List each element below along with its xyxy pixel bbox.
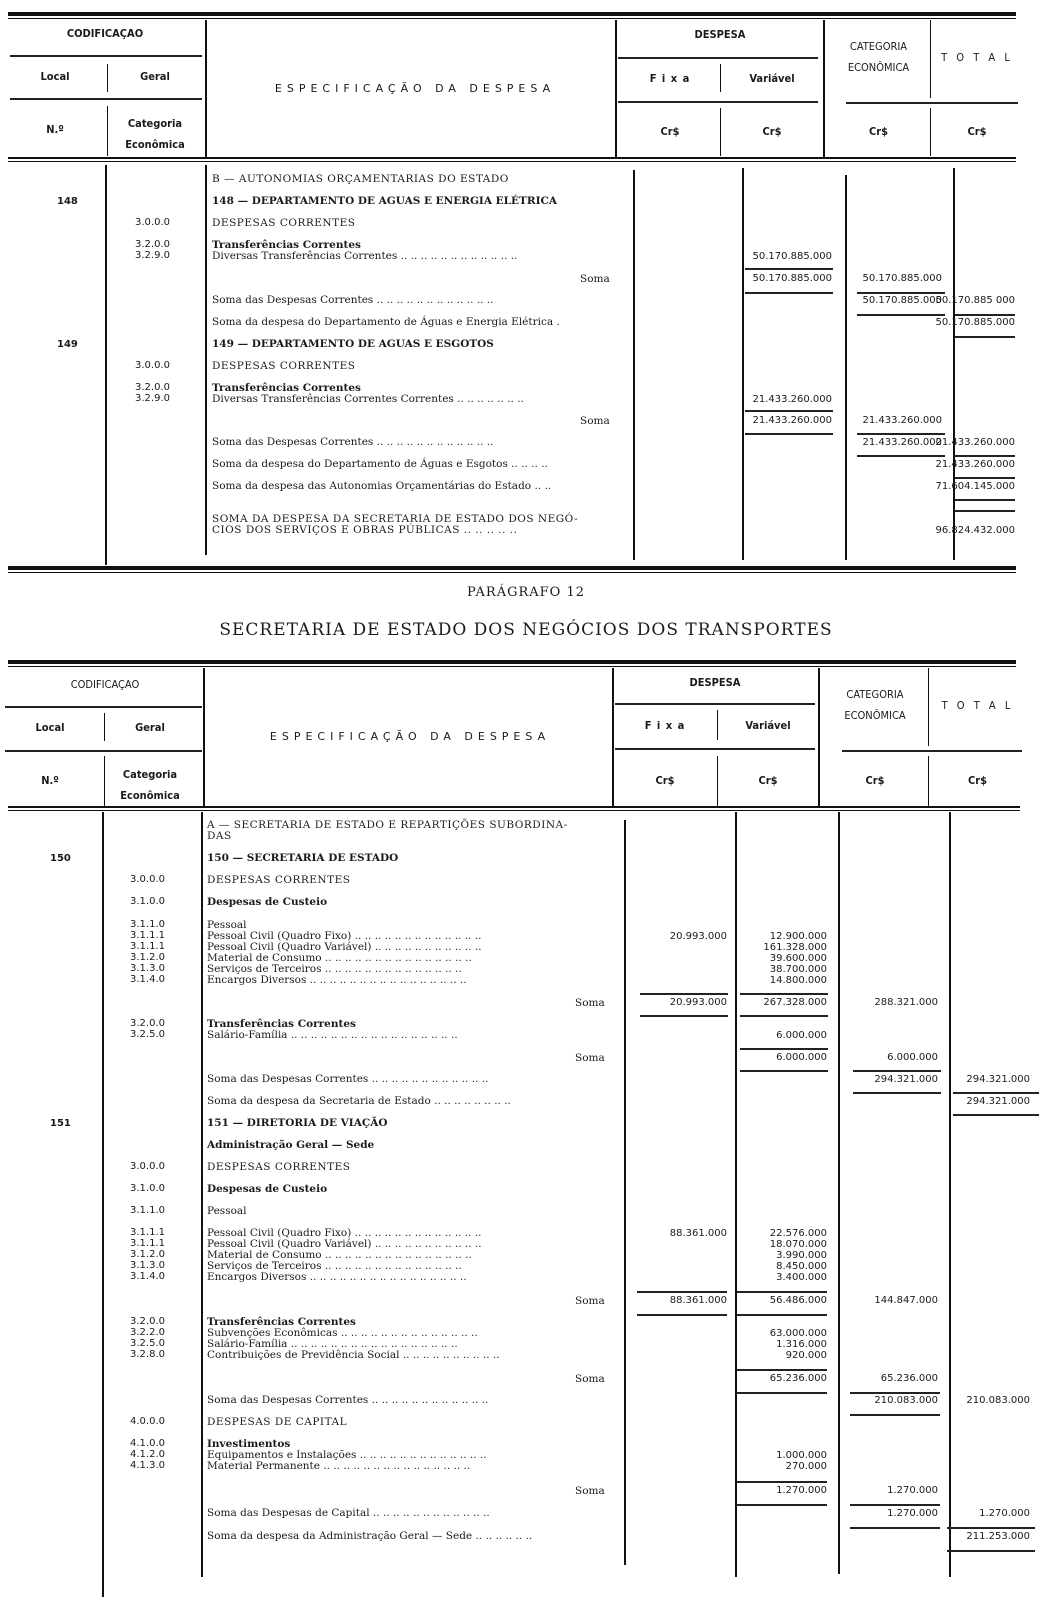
- header-variavel: Variável: [718, 719, 818, 732]
- total-value: 294.321.000: [966, 1096, 1030, 1107]
- local-number: 149: [57, 339, 78, 350]
- variavel-value: 1.270.000: [776, 1485, 827, 1496]
- line-item-description: Despesas de Custeio: [207, 1184, 327, 1195]
- divider: [104, 713, 105, 741]
- divider: [846, 102, 1018, 104]
- paragraph-label: PARÁGRAFO 12: [0, 585, 1052, 600]
- header-codificacao: CODIFICAÇAO: [30, 27, 180, 40]
- divider: [737, 1481, 827, 1483]
- header-categoria-economica: Categoria Econômica: [105, 764, 195, 806]
- total-value: 71.604.145.000: [935, 481, 1015, 492]
- header-currency-categoria: Cr$: [826, 125, 931, 138]
- header-fixa: F i x a: [615, 719, 715, 732]
- categoria-value: 1.270.000: [887, 1485, 938, 1496]
- divider: [618, 57, 818, 59]
- categoria-value: 21.433.260.000: [862, 415, 942, 426]
- soma-label: Soma: [575, 1052, 605, 1064]
- total-value: 50.170.885.000: [935, 317, 1015, 328]
- divider: [104, 756, 105, 806]
- header-local: Local: [20, 70, 90, 83]
- divider: [107, 64, 108, 92]
- divider: [745, 433, 833, 435]
- divider: [857, 292, 945, 294]
- divider: [857, 314, 945, 316]
- variavel-value: 6.000.000: [776, 1030, 827, 1041]
- line-item-description: DAS: [207, 831, 232, 842]
- variavel-value: 270.000: [786, 1461, 827, 1472]
- divider: [618, 101, 818, 103]
- divider: [953, 168, 955, 560]
- categoria-value: 65.236.000: [881, 1373, 938, 1384]
- total-value: 21.433.260.000: [935, 459, 1015, 470]
- divider: [107, 106, 108, 156]
- divider: [737, 1369, 827, 1371]
- header-currency-categoria: Cr$: [820, 774, 930, 787]
- divider: [737, 1504, 827, 1506]
- header-codificacao: CODIFICAÇAO: [30, 678, 180, 691]
- line-item-description: Soma das Despesas Correntes .. .. .. .. …: [212, 437, 493, 448]
- header-economica: ECONÔMICA: [820, 709, 930, 722]
- category-code: 4.1.3.0: [130, 1461, 165, 1471]
- variavel-value: 161.328.000: [763, 942, 827, 953]
- divider: [740, 1070, 828, 1072]
- header-currency-fixa: Cr$: [615, 774, 715, 787]
- divider: [947, 1527, 1035, 1529]
- divider: [105, 165, 107, 565]
- divider: [720, 64, 721, 92]
- divider: [955, 510, 1015, 512]
- line-item-description: Diversas Transferências Correntes Corren…: [212, 394, 524, 405]
- divider: [737, 1291, 827, 1293]
- line-item-description: Soma das Despesas Correntes .. .. .. .. …: [207, 1395, 488, 1406]
- category-code: 3.1.1.1: [130, 931, 165, 941]
- category-code: 4.0.0.0: [130, 1417, 165, 1427]
- line-item-description: B — AUTONOMIAS ORÇAMENTARIAS DO ESTADO: [212, 174, 509, 185]
- top-rule: [8, 12, 1016, 16]
- category-code: 3.2.9.0: [135, 251, 170, 261]
- line-item-description: Administração Geral — Sede: [207, 1140, 374, 1151]
- divider: [930, 20, 931, 98]
- categoria-value: 50.170.885.000: [862, 273, 942, 284]
- divider: [737, 1392, 827, 1394]
- line-item-description: A — SECRETARIA DE ESTADO E REPARTIÇÕES S…: [207, 820, 568, 831]
- divider: [640, 1015, 728, 1017]
- divider: [615, 748, 815, 750]
- categoria-value: 1.270.000: [887, 1508, 938, 1519]
- header-numero: N.º: [15, 774, 85, 787]
- category-code: 3.2.2.0: [130, 1328, 165, 1338]
- category-code: 3.2.9.0: [135, 394, 170, 404]
- header-bottom-rule-thin: [8, 161, 1016, 162]
- category-code: 3.2.0.0: [135, 383, 170, 393]
- category-code: 3.2.0.0: [130, 1317, 165, 1327]
- line-item-description: 151 — DIRETORIA DE VIAÇÃO: [207, 1118, 388, 1129]
- fixa-value: 20.993.000: [670, 931, 727, 942]
- variavel-value: 3.990.000: [776, 1250, 827, 1261]
- divider: [947, 1550, 1035, 1552]
- variavel-value: 50.170.885.000: [752, 273, 832, 284]
- category-code: 3.1.1.0: [130, 920, 165, 930]
- divider: [953, 1114, 1039, 1116]
- total-value: 96.824.432.000: [935, 525, 1015, 536]
- line-item-description: Soma das Despesas de Capital .. .. .. ..…: [207, 1508, 490, 1519]
- variavel-value: 50.170.885.000: [752, 251, 832, 262]
- category-code: 3.1.4.0: [130, 975, 165, 985]
- divider: [953, 1092, 1039, 1094]
- category-code: 3.1.1.0: [130, 1206, 165, 1216]
- category-code: 3.1.2.0: [130, 1250, 165, 1260]
- category-code: 3.1.3.0: [130, 964, 165, 974]
- divider: [850, 1504, 940, 1506]
- header-total: T O T A L: [930, 699, 1025, 712]
- variavel-value: 3.400.000: [776, 1272, 827, 1283]
- category-code: 3.1.2.0: [130, 953, 165, 963]
- section-title: SECRETARIA DE ESTADO DOS NEGÓCIOS DOS TR…: [0, 620, 1052, 640]
- divider: [857, 455, 945, 457]
- category-code: 3.2.5.0: [130, 1339, 165, 1349]
- categoria-value: 288.321.000: [874, 997, 938, 1008]
- category-code: 3.2.8.0: [130, 1350, 165, 1360]
- variavel-value: 6.000.000: [776, 1052, 827, 1063]
- variavel-value: 1.000.000: [776, 1450, 827, 1461]
- divider: [720, 108, 721, 156]
- divider: [201, 812, 203, 1577]
- divider: [845, 175, 847, 560]
- total-value: 1.270.000: [979, 1508, 1030, 1519]
- line-item-description: DESPESAS CORRENTES: [212, 218, 355, 229]
- divider: [853, 1092, 941, 1094]
- divider: [5, 750, 202, 752]
- header-variavel: Variável: [722, 72, 822, 85]
- divider: [615, 20, 617, 158]
- category-code: 3.1.3.0: [130, 1261, 165, 1271]
- header-currency-variavel: Cr$: [722, 125, 822, 138]
- divider: [633, 170, 635, 560]
- categoria-value: 144.847.000: [874, 1295, 938, 1306]
- divider: [640, 993, 728, 995]
- divider: [737, 1314, 827, 1316]
- total-value: 21.433.260.000: [935, 437, 1015, 448]
- divider: [742, 168, 744, 560]
- variavel-value: 21.433.260.000: [752, 394, 832, 405]
- variavel-value: 39.600.000: [770, 953, 827, 964]
- categoria-value: 6.000.000: [887, 1052, 938, 1063]
- line-item-description: Encargos Diversos .. .. .. .. .. .. .. .…: [207, 975, 467, 986]
- divider: [10, 98, 202, 100]
- header-currency-fixa: Cr$: [620, 125, 720, 138]
- variavel-value: 14.800.000: [770, 975, 827, 986]
- variavel-value: 63.000.000: [770, 1328, 827, 1339]
- section-end-rule-thin: [8, 572, 1016, 573]
- header-despesa: DESPESA: [615, 676, 815, 689]
- line-item-description: Pessoal: [207, 1206, 247, 1217]
- line-item-description: 148 — DEPARTAMENTO DE AGUAS E ENERGIA EL…: [212, 196, 557, 207]
- line-item-description: Material Permanente .. .. .. .. .. .. ..…: [207, 1461, 470, 1472]
- divider: [955, 499, 1015, 501]
- divider: [955, 477, 1015, 479]
- divider: [928, 668, 929, 746]
- line-item-description: Salário-Família .. .. .. .. .. .. .. .. …: [207, 1030, 458, 1041]
- header-categoria: CATEGORIA: [820, 688, 930, 701]
- divider: [745, 410, 833, 412]
- header-despesa: DESPESA: [620, 28, 820, 41]
- divider: [857, 433, 945, 435]
- header-bottom-rule: [8, 806, 1020, 808]
- line-item-description: DESPESAS CORRENTES: [212, 361, 355, 372]
- divider: [10, 55, 202, 57]
- categoria-value: 50.170.885.000: [862, 295, 942, 306]
- line-item-description: 150 — SECRETARIA DE ESTADO: [207, 853, 398, 864]
- line-item-description: DESPESAS CORRENTES: [207, 1162, 350, 1173]
- header-currency-total: Cr$: [932, 125, 1022, 138]
- category-code: 3.1.1.1: [130, 1228, 165, 1238]
- soma-label: Soma: [580, 273, 610, 285]
- divider: [838, 812, 840, 1574]
- header-bottom-rule-thin: [8, 810, 1020, 811]
- header-numero: N.º: [20, 123, 90, 136]
- divider: [842, 750, 1022, 752]
- total-value: 294.321.000: [966, 1074, 1030, 1085]
- header-geral: Geral: [105, 721, 195, 734]
- category-code: 3.1.1.1: [130, 942, 165, 952]
- divider: [5, 706, 202, 708]
- header-categoria: CATEGORIA: [826, 40, 931, 53]
- divider: [637, 1291, 727, 1293]
- header-total: T O T A L: [932, 51, 1022, 64]
- line-item-description: Contribuições de Previdência Social .. .…: [207, 1350, 500, 1361]
- category-code: 3.0.0.0: [130, 1162, 165, 1172]
- variavel-value: 38.700.000: [770, 964, 827, 975]
- header-especificacao: ESPECIFICAÇÃO DA DESPESA: [210, 82, 620, 95]
- category-code: 3.1.4.0: [130, 1272, 165, 1282]
- variavel-value: 12.900.000: [770, 931, 827, 942]
- local-number: 151: [50, 1118, 71, 1129]
- variavel-value: 21.433.260.000: [752, 415, 832, 426]
- header-especificacao: ESPECIFICAÇÃO DA DESPESA: [205, 730, 615, 743]
- category-code: 3.0.0.0: [135, 361, 170, 371]
- divider: [205, 165, 207, 555]
- divider: [612, 668, 614, 808]
- divider: [740, 993, 828, 995]
- fixa-value: 88.361.000: [670, 1228, 727, 1239]
- divider: [955, 314, 1015, 316]
- divider: [624, 820, 626, 1565]
- divider: [637, 1314, 727, 1316]
- line-item-description: Soma das Despesas Correntes .. .. .. .. …: [212, 295, 493, 306]
- total-value: 50.170.885 000: [935, 295, 1015, 306]
- line-item-description: 149 — DEPARTAMENTO DE AGUAS E ESGOTOS: [212, 339, 494, 350]
- soma-label: Soma: [575, 997, 605, 1009]
- total-value: 210.083.000: [966, 1395, 1030, 1406]
- divider: [850, 1414, 940, 1416]
- divider: [823, 20, 825, 158]
- category-code: 3.2.0.0: [135, 240, 170, 250]
- divider: [955, 455, 1015, 457]
- header-bottom-rule: [8, 157, 1016, 159]
- local-number: 148: [57, 196, 78, 207]
- divider: [850, 1527, 940, 1529]
- divider: [949, 812, 951, 1577]
- variavel-value: 1.316.000: [776, 1339, 827, 1350]
- divider: [740, 1015, 828, 1017]
- variavel-value: 267.328.000: [763, 997, 827, 1008]
- variavel-value: 8.450.000: [776, 1261, 827, 1272]
- variavel-value: 56.486.000: [770, 1295, 827, 1306]
- divider: [853, 1070, 941, 1072]
- category-code: 3.1.1.1: [130, 1239, 165, 1249]
- variavel-value: 65.236.000: [770, 1373, 827, 1384]
- category-code: 3.0.0.0: [135, 218, 170, 228]
- category-code: 4.1.2.0: [130, 1450, 165, 1460]
- header-currency-variavel: Cr$: [718, 774, 818, 787]
- divider: [745, 292, 833, 294]
- divider: [615, 703, 815, 705]
- divider: [717, 710, 718, 740]
- soma-label: Soma: [575, 1373, 605, 1385]
- line-item-description: Soma da despesa da Administração Geral —…: [207, 1531, 532, 1542]
- divider: [955, 336, 1015, 338]
- line-item-description: Soma da despesa do Departamento de Águas…: [212, 317, 560, 328]
- line-item-description: DESPESAS DE CAPITAL: [207, 1417, 347, 1428]
- line-item-description: Soma da despesa da Secretaria de Estado …: [207, 1096, 511, 1107]
- header-economica: ECONÔMICA: [826, 61, 931, 74]
- fixa-value: 20.993.000: [670, 997, 727, 1008]
- soma-label: Soma: [575, 1295, 605, 1307]
- variavel-value: 18.070.000: [770, 1239, 827, 1250]
- line-item-description: Soma da despesa das Autonomias Orçamentá…: [212, 481, 551, 492]
- line-item-description: Despesas de Custeio: [207, 897, 327, 908]
- divider: [850, 1392, 940, 1394]
- categoria-value: 21.433.260.000: [862, 437, 942, 448]
- line-item-description: DESPESAS CORRENTES: [207, 875, 350, 886]
- category-code: 3.1.0.0: [130, 1184, 165, 1194]
- category-code: 4.1.0.0: [130, 1439, 165, 1449]
- line-item-description: CIOS DOS SERVIÇOS E OBRAS PÚBLICAS .. ..…: [212, 525, 517, 536]
- category-code: 3.2.5.0: [130, 1030, 165, 1040]
- top-rule: [8, 660, 1016, 664]
- divider: [745, 268, 833, 270]
- line-item-description: Soma da despesa do Departamento de Águas…: [212, 459, 548, 470]
- header-fixa: F i x a: [620, 72, 720, 85]
- line-item-description: Encargos Diversos .. .. .. .. .. .. .. .…: [207, 1272, 467, 1283]
- divider: [205, 20, 207, 158]
- local-number: 150: [50, 853, 71, 864]
- soma-label: Soma: [580, 415, 610, 427]
- top-rule-thin: [8, 666, 1016, 667]
- divider: [717, 756, 718, 806]
- line-item-description: Soma das Despesas Correntes .. .. .. .. …: [207, 1074, 488, 1085]
- divider: [740, 1048, 828, 1050]
- header-currency-total: Cr$: [930, 774, 1025, 787]
- category-code: 3.2.0.0: [130, 1019, 165, 1029]
- total-value: 211.253.000: [966, 1531, 1030, 1542]
- header-local: Local: [15, 721, 85, 734]
- section-end-rule: [8, 566, 1016, 570]
- top-rule-thin: [8, 18, 1016, 19]
- variavel-value: 920.000: [786, 1350, 827, 1361]
- fixa-value: 88.361.000: [670, 1295, 727, 1306]
- divider: [102, 812, 104, 1597]
- line-item-description: Diversas Transferências Correntes .. .. …: [212, 251, 517, 262]
- category-code: 3.1.0.0: [130, 897, 165, 907]
- header-categoria-economica: Categoria Econômica: [110, 113, 200, 155]
- header-geral: Geral: [110, 70, 200, 83]
- categoria-value: 294.321.000: [874, 1074, 938, 1085]
- divider: [735, 812, 737, 1577]
- variavel-value: 22.576.000: [770, 1228, 827, 1239]
- category-code: 3.0.0.0: [130, 875, 165, 885]
- categoria-value: 210.083.000: [874, 1395, 938, 1406]
- soma-label: Soma: [575, 1485, 605, 1497]
